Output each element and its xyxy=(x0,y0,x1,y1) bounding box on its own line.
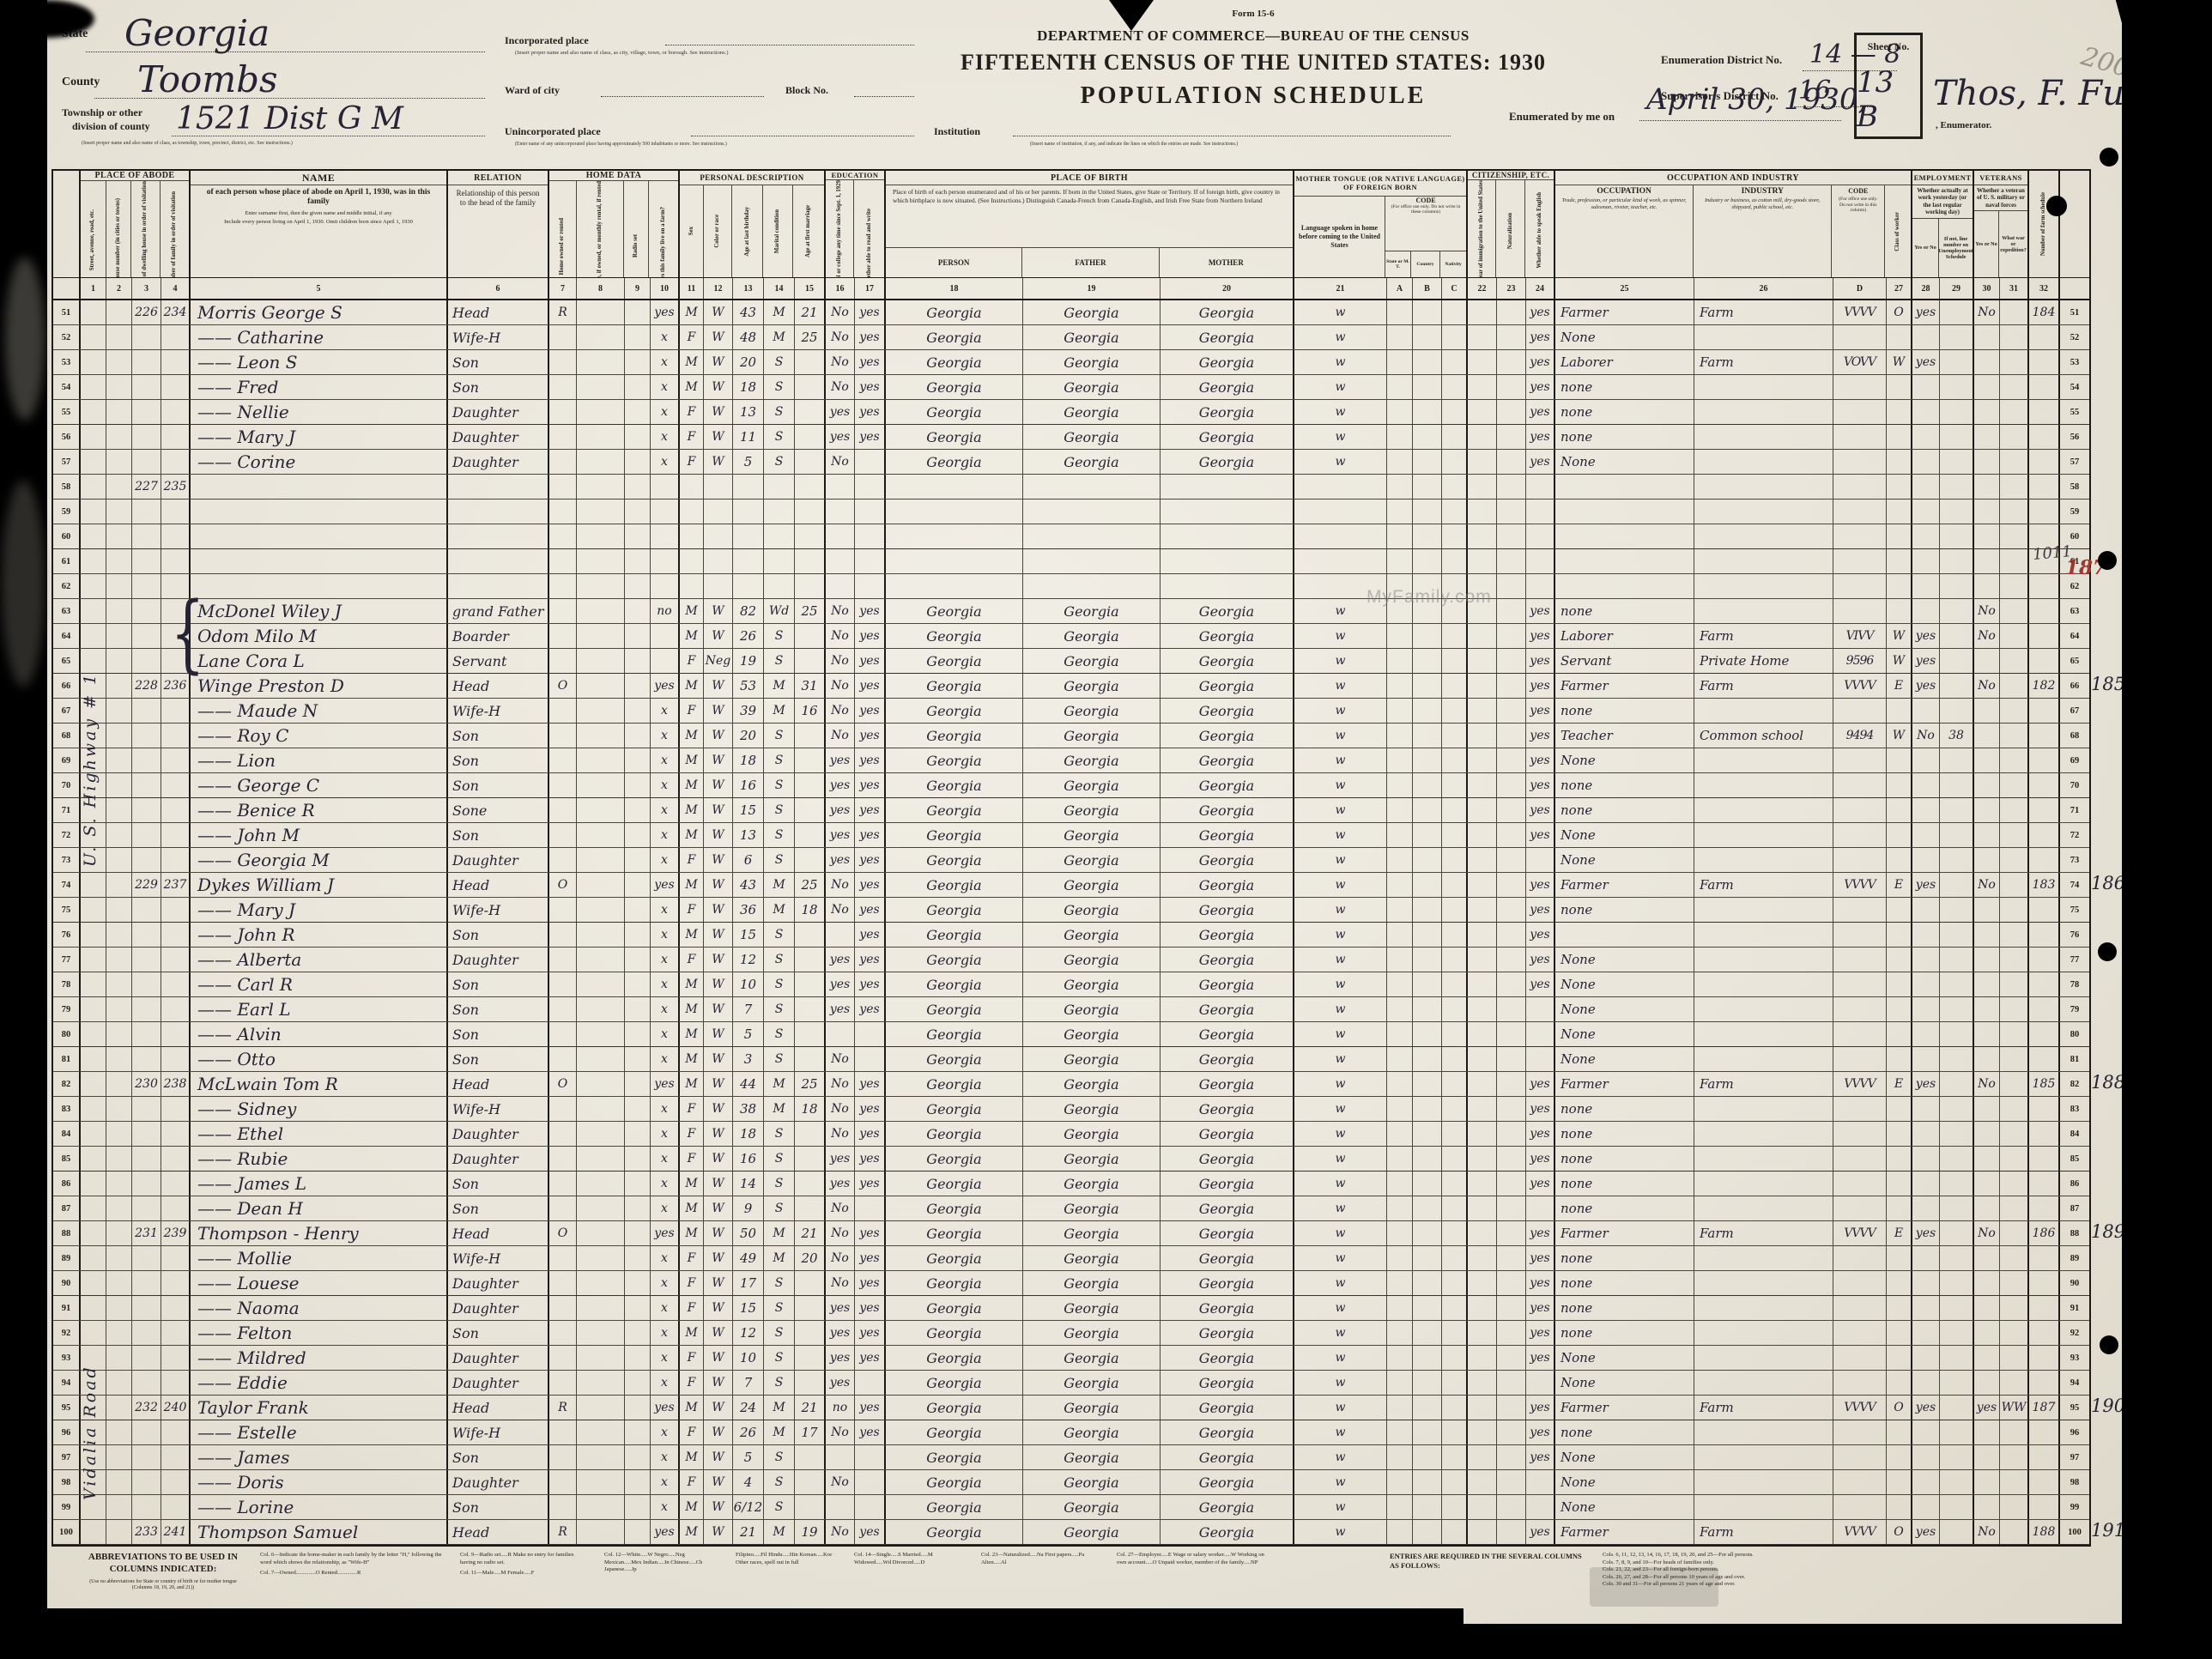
row-70-c21: w xyxy=(1294,773,1387,797)
row-52-c29 xyxy=(1940,325,1974,349)
row-82-c5: McLwain Tom R xyxy=(191,1072,448,1096)
row-71-cC xyxy=(1442,798,1468,822)
row-99-c19: Georgia xyxy=(1023,1495,1161,1519)
row-75-cD xyxy=(1833,898,1887,922)
row-62-c5 xyxy=(191,574,448,598)
row-68-lineL: 68 xyxy=(53,724,81,748)
row-57-c10: x xyxy=(651,450,680,474)
row-86-c32 xyxy=(2029,1172,2060,1196)
row-71-c10: x xyxy=(651,798,680,822)
census-row-58: 5822723558 xyxy=(53,475,2089,500)
row-85-c26 xyxy=(1694,1147,1833,1171)
row-70-c22 xyxy=(1468,773,1497,797)
row-82-c32: 185 xyxy=(2029,1072,2060,1096)
row-83-lineL: 83 xyxy=(53,1097,81,1121)
row-88-c28: yes xyxy=(1912,1221,1940,1245)
row-53-cA xyxy=(1387,350,1413,374)
row-69-c6: Son xyxy=(448,748,549,772)
row-79-c20: Georgia xyxy=(1161,997,1294,1021)
margin-number-100: 191 xyxy=(2091,1520,2125,1541)
row-77-c14: S xyxy=(764,948,795,972)
row-94-c20: Georgia xyxy=(1161,1371,1294,1395)
row-64-c32 xyxy=(2029,624,2060,648)
row-90-c19: Georgia xyxy=(1023,1271,1161,1295)
row-74-lineR: 74 xyxy=(2060,873,2089,897)
row-67-c25: none xyxy=(1555,699,1694,723)
row-92-c3 xyxy=(132,1321,161,1345)
row-77-c11: F xyxy=(680,948,704,972)
row-86-lineL: 86 xyxy=(53,1172,81,1196)
row-89-c30 xyxy=(1974,1246,2000,1270)
row-69-c19: Georgia xyxy=(1023,748,1161,772)
census-row-80: 80—— AlvinSonxMW5SGeorgiaGeorgiaGeorgiaw… xyxy=(53,1022,2089,1047)
row-57-c31 xyxy=(2000,450,2029,474)
row-83-c6: Wife-H xyxy=(448,1097,549,1121)
row-99-c13: 6/12 xyxy=(733,1495,764,1519)
row-55-cC xyxy=(1442,400,1468,424)
col-header-at-work: Yes or No xyxy=(1912,219,1939,277)
row-82-c3: 230 xyxy=(132,1072,161,1096)
row-89-c12: W xyxy=(704,1246,733,1270)
row-87-c21: w xyxy=(1294,1196,1387,1220)
county-value: Toombs xyxy=(137,58,278,100)
row-63-c20: Georgia xyxy=(1161,599,1294,623)
row-83-c16: No xyxy=(826,1097,855,1121)
row-59-c27 xyxy=(1887,500,1912,524)
row-66-c10: yes xyxy=(651,674,680,698)
row-95-c11: M xyxy=(680,1396,704,1420)
row-55-c23 xyxy=(1497,400,1526,424)
row-57-cD xyxy=(1833,450,1887,474)
row-99-c24 xyxy=(1526,1495,1555,1519)
row-79-c27 xyxy=(1887,997,1912,1021)
row-75-c3 xyxy=(132,898,161,922)
row-79-c32 xyxy=(2029,997,2060,1021)
row-82-c7: O xyxy=(549,1072,577,1096)
row-77-c5: —— Alberta xyxy=(191,948,448,972)
row-96-c20: Georgia xyxy=(1161,1420,1294,1444)
name-desc: of each person whose place of abode on A… xyxy=(197,188,439,208)
row-76-c16 xyxy=(826,923,855,947)
row-65-c14: S xyxy=(764,649,795,673)
occupation-desc: Trade, profession, or particular kind of… xyxy=(1555,196,1693,212)
row-54-c31 xyxy=(2000,375,2029,399)
row-64-c10 xyxy=(651,624,680,648)
row-57-c15 xyxy=(795,450,826,474)
row-71-lineL: 71 xyxy=(53,798,81,822)
row-86-c3 xyxy=(132,1172,161,1196)
row-87-c17 xyxy=(855,1196,886,1220)
row-83-c21: w xyxy=(1294,1097,1387,1121)
row-97-lineR: 97 xyxy=(2060,1445,2089,1469)
row-68-c25: Teacher xyxy=(1555,724,1694,748)
row-84-cA xyxy=(1387,1122,1413,1146)
row-66-c15: 31 xyxy=(795,674,826,698)
entries-title: ENTRIES ARE REQUIRED IN THE SEVERAL COLU… xyxy=(1390,1552,1587,1571)
row-63-c11: M xyxy=(680,599,704,623)
col-header-birthplace-father: FATHER xyxy=(1022,248,1159,277)
row-78-c28 xyxy=(1912,972,1940,996)
row-94-c19: Georgia xyxy=(1023,1371,1161,1395)
row-66-c8 xyxy=(577,674,625,698)
row-67-c13: 39 xyxy=(733,699,764,723)
row-62-c15 xyxy=(795,574,826,598)
row-69-c25: None xyxy=(1555,748,1694,772)
row-69-c21: w xyxy=(1294,748,1387,772)
row-85-c2 xyxy=(106,1147,132,1171)
row-90-c23 xyxy=(1497,1271,1526,1295)
group-title-citizenship: CITIZENSHIP, ETC. xyxy=(1468,171,1554,180)
row-78-c6: Son xyxy=(448,972,549,996)
abbrev-col7: Col. 7—Owned..............O Rented......… xyxy=(260,1570,445,1577)
census-row-51: 51226234Morris George SHeadRyesMW43M21No… xyxy=(53,300,2089,325)
row-99-c32 xyxy=(2029,1495,2060,1519)
row-57-c21: w xyxy=(1294,450,1387,474)
row-63-c14: Wd xyxy=(764,599,795,623)
row-82-c2 xyxy=(106,1072,132,1096)
census-row-87: 87—— Dean HSonxMW9SNoGeorgiaGeorgiaGeorg… xyxy=(53,1196,2089,1221)
row-81-c13: 3 xyxy=(733,1047,764,1071)
row-60-c22 xyxy=(1468,524,1497,548)
row-80-c20: Georgia xyxy=(1161,1022,1294,1046)
row-83-c31 xyxy=(2000,1097,2029,1121)
row-73-lineL: 73 xyxy=(53,848,81,872)
row-84-c24: yes xyxy=(1526,1122,1555,1146)
row-75-c5: —— Mary J xyxy=(191,898,448,922)
row-63-c8 xyxy=(577,599,625,623)
row-76-c12: W xyxy=(704,923,733,947)
row-71-c24: yes xyxy=(1526,798,1555,822)
occupation-title: OCCUPATION xyxy=(1555,185,1693,196)
row-75-c22 xyxy=(1468,898,1497,922)
row-69-c29 xyxy=(1940,748,1974,772)
row-78-c17: yes xyxy=(855,972,886,996)
row-82-c12: W xyxy=(704,1072,733,1096)
row-88-c32: 186 xyxy=(2029,1221,2060,1245)
row-93-c2 xyxy=(106,1346,132,1370)
row-71-c17: yes xyxy=(855,798,886,822)
row-75-c28 xyxy=(1912,898,1940,922)
row-96-c25: none xyxy=(1555,1420,1694,1444)
census-row-82: 82230238McLwain Tom RHeadOyesMW44M25Noye… xyxy=(53,1072,2089,1097)
row-80-c3 xyxy=(132,1022,161,1046)
row-78-c12: W xyxy=(704,972,733,996)
row-55-c27 xyxy=(1887,400,1912,424)
row-58-c31 xyxy=(2000,475,2029,499)
row-54-c13: 18 xyxy=(733,375,764,399)
row-64-c14: S xyxy=(764,624,795,648)
row-56-c8 xyxy=(577,425,625,449)
row-67-cA xyxy=(1387,699,1413,723)
row-64-c2 xyxy=(106,624,132,648)
row-85-lineL: 85 xyxy=(53,1147,81,1171)
row-72-c10: x xyxy=(651,823,680,847)
row-83-c22 xyxy=(1468,1097,1497,1121)
row-86-c10: x xyxy=(651,1172,680,1196)
row-69-c22 xyxy=(1468,748,1497,772)
row-84-c27 xyxy=(1887,1122,1912,1146)
row-90-c22 xyxy=(1468,1271,1497,1295)
row-53-c22 xyxy=(1468,350,1497,374)
row-72-c30 xyxy=(1974,823,2000,847)
row-57-c32 xyxy=(2029,450,2060,474)
row-78-c31 xyxy=(2000,972,2029,996)
institution-label: Institution xyxy=(934,125,980,138)
row-51-c12: W xyxy=(704,300,733,324)
row-51-c23 xyxy=(1497,300,1526,324)
row-71-c20: Georgia xyxy=(1161,798,1294,822)
row-69-c24: yes xyxy=(1526,748,1555,772)
row-66-c2 xyxy=(106,674,132,698)
row-58-c22 xyxy=(1468,475,1497,499)
col-header-attended-school: Attended school or college any time sinc… xyxy=(836,180,843,277)
row-62-c3 xyxy=(132,574,161,598)
row-77-c32 xyxy=(2029,948,2060,972)
row-79-cB xyxy=(1413,997,1442,1021)
row-75-c1 xyxy=(81,898,106,922)
row-87-c5: —— Dean H xyxy=(191,1196,448,1220)
row-68-cD: 9494 xyxy=(1833,724,1887,748)
row-76-c27 xyxy=(1887,923,1912,947)
row-65-c29 xyxy=(1940,649,1974,673)
row-98-c18: Georgia xyxy=(886,1470,1023,1494)
row-80-c27 xyxy=(1887,1022,1912,1046)
col-header-age-first-marriage: Age at first marriage xyxy=(805,205,812,257)
row-63-c2 xyxy=(106,599,132,623)
row-77-c24: yes xyxy=(1526,948,1555,972)
row-72-c29 xyxy=(1940,823,1974,847)
row-76-c24: yes xyxy=(1526,923,1555,947)
row-61-cC xyxy=(1442,549,1468,573)
row-83-c23 xyxy=(1497,1097,1526,1121)
row-67-c28 xyxy=(1912,699,1940,723)
row-63-c25: none xyxy=(1555,599,1694,623)
row-55-c29 xyxy=(1940,400,1974,424)
row-62-c27 xyxy=(1887,574,1912,598)
row-92-c16: yes xyxy=(826,1321,855,1345)
row-81-c22 xyxy=(1468,1047,1497,1071)
row-88-c26: Farm xyxy=(1694,1221,1833,1245)
row-87-c30 xyxy=(1974,1196,2000,1220)
row-100-c28: yes xyxy=(1912,1520,1940,1544)
row-79-c30 xyxy=(1974,997,2000,1021)
row-90-c6: Daughter xyxy=(448,1271,549,1295)
row-66-c28: yes xyxy=(1912,674,1940,698)
row-51-c29 xyxy=(1940,300,1974,324)
row-96-c31 xyxy=(2000,1420,2029,1444)
punch-hole-1 xyxy=(2046,196,2067,216)
row-90-c24: yes xyxy=(1526,1271,1555,1295)
block-label: Block No. xyxy=(785,84,828,97)
row-77-c2 xyxy=(106,948,132,972)
row-67-c18: Georgia xyxy=(886,699,1023,723)
row-84-c3 xyxy=(132,1122,161,1146)
group-name: NAME of each person whose place of abode… xyxy=(191,171,448,277)
row-53-c13: 20 xyxy=(733,350,764,374)
row-90-c25: none xyxy=(1555,1271,1694,1295)
row-51-c32: 184 xyxy=(2029,300,2060,324)
row-99-c30 xyxy=(1974,1495,2000,1519)
row-82-c24: yes xyxy=(1526,1072,1555,1096)
row-94-c31 xyxy=(2000,1371,2029,1395)
row-62-c16 xyxy=(826,574,855,598)
row-91-lineL: 91 xyxy=(53,1296,81,1320)
row-53-c29 xyxy=(1940,350,1974,374)
row-90-c8 xyxy=(577,1271,625,1295)
row-78-c24: yes xyxy=(1526,972,1555,996)
col-number-c20: 20 xyxy=(1161,278,1294,299)
row-73-c29 xyxy=(1940,848,1974,872)
row-57-c3 xyxy=(132,450,161,474)
row-71-c4 xyxy=(161,798,191,822)
row-83-c32 xyxy=(2029,1097,2060,1121)
row-73-c28 xyxy=(1912,848,1940,872)
row-99-c15 xyxy=(795,1495,826,1519)
row-90-c21: w xyxy=(1294,1271,1387,1295)
row-78-c21: w xyxy=(1294,972,1387,996)
row-66-c21: w xyxy=(1294,674,1387,698)
row-85-c11: F xyxy=(680,1147,704,1171)
row-61-c7 xyxy=(549,549,577,573)
row-52-cC xyxy=(1442,325,1468,349)
row-61-c24 xyxy=(1526,549,1555,573)
row-54-c7 xyxy=(549,375,577,399)
row-65-cA xyxy=(1387,649,1413,673)
row-86-cD xyxy=(1833,1172,1887,1196)
row-67-lineL: 67 xyxy=(53,699,81,723)
row-73-c27 xyxy=(1887,848,1912,872)
row-79-c29 xyxy=(1940,997,1974,1021)
row-67-c6: Wife-H xyxy=(448,699,549,723)
row-79-c23 xyxy=(1497,997,1526,1021)
row-91-c6: Daughter xyxy=(448,1296,549,1320)
row-65-c28: yes xyxy=(1912,649,1940,673)
row-98-c3 xyxy=(132,1470,161,1494)
row-66-c31 xyxy=(2000,674,2029,698)
row-60-c17 xyxy=(855,524,886,548)
row-74-c9 xyxy=(625,873,651,897)
row-61-c22 xyxy=(1468,549,1497,573)
row-62-c1 xyxy=(81,574,106,598)
row-72-c31 xyxy=(2000,823,2029,847)
row-58-c24 xyxy=(1526,475,1555,499)
group-education: EDUCATION Attended school or college any… xyxy=(826,171,886,277)
row-58-c6 xyxy=(448,475,549,499)
row-60-c1 xyxy=(81,524,106,548)
row-86-lineR: 86 xyxy=(2060,1172,2089,1196)
department-title: DEPARTMENT OF COMMERCE—BUREAU OF THE CEN… xyxy=(953,27,1554,45)
row-51-c13: 43 xyxy=(733,300,764,324)
row-84-c13: 18 xyxy=(733,1122,764,1146)
row-61-cA xyxy=(1387,549,1413,573)
row-59-c22 xyxy=(1468,500,1497,524)
row-66-c16: No xyxy=(826,674,855,698)
row-86-c30 xyxy=(1974,1172,2000,1196)
row-70-c6: Son xyxy=(448,773,549,797)
row-74-c6: Head xyxy=(448,873,549,897)
row-80-c26 xyxy=(1694,1022,1833,1046)
row-81-c19: Georgia xyxy=(1023,1047,1161,1071)
row-71-c13: 15 xyxy=(733,798,764,822)
row-60-c16 xyxy=(826,524,855,548)
margin-number-66: 185 xyxy=(2091,674,2125,694)
scanned-census-sheet: State Georgia County Toombs Township or … xyxy=(0,0,2212,1659)
row-66-c17: yes xyxy=(855,674,886,698)
row-64-c28: yes xyxy=(1912,624,1940,648)
row-81-c9 xyxy=(625,1047,651,1071)
row-54-c11: M xyxy=(680,375,704,399)
row-94-c21: w xyxy=(1294,1371,1387,1395)
line-col-header xyxy=(53,171,81,277)
row-95-cA xyxy=(1387,1396,1413,1420)
row-69-c23 xyxy=(1497,748,1526,772)
row-52-c8 xyxy=(577,325,625,349)
row-96-c8 xyxy=(577,1420,625,1444)
row-95-lineL: 95 xyxy=(53,1396,81,1420)
row-68-c18: Georgia xyxy=(886,724,1023,748)
row-54-c28 xyxy=(1912,375,1940,399)
row-97-c20: Georgia xyxy=(1161,1445,1294,1469)
row-87-c15 xyxy=(795,1196,826,1220)
row-71-c32 xyxy=(2029,798,2060,822)
row-82-c25: Farmer xyxy=(1555,1072,1694,1096)
row-81-c4 xyxy=(161,1047,191,1071)
row-75-c4 xyxy=(161,898,191,922)
row-64-c21: w xyxy=(1294,624,1387,648)
row-61-c4 xyxy=(161,549,191,573)
row-51-cC xyxy=(1442,300,1468,324)
row-95-c3: 232 xyxy=(132,1396,161,1420)
row-75-c12: W xyxy=(704,898,733,922)
row-88-c2 xyxy=(106,1221,132,1245)
row-82-c17: yes xyxy=(855,1072,886,1096)
row-80-c12: W xyxy=(704,1022,733,1046)
row-55-c11: F xyxy=(680,400,704,424)
punch-hole-5 xyxy=(2100,1335,2118,1354)
row-72-c25: None xyxy=(1555,823,1694,847)
row-87-cD xyxy=(1833,1196,1887,1220)
row-74-c1 xyxy=(81,873,106,897)
row-75-c27 xyxy=(1887,898,1912,922)
row-65-c13: 19 xyxy=(733,649,764,673)
row-70-c15 xyxy=(795,773,826,797)
col-header-veteran: Yes or No xyxy=(1974,211,1999,277)
row-84-cC xyxy=(1442,1122,1468,1146)
row-68-c23 xyxy=(1497,724,1526,748)
row-90-c17: yes xyxy=(855,1271,886,1295)
row-98-c13: 4 xyxy=(733,1470,764,1494)
row-98-c17 xyxy=(855,1470,886,1494)
row-87-c22 xyxy=(1468,1196,1497,1220)
row-53-c30 xyxy=(1974,350,2000,374)
row-82-c22 xyxy=(1468,1072,1497,1096)
row-53-lineR: 53 xyxy=(2060,350,2089,374)
row-64-c29 xyxy=(1940,624,1974,648)
row-63-c29 xyxy=(1940,599,1974,623)
row-68-c6: Son xyxy=(448,724,549,748)
row-95-c6: Head xyxy=(448,1396,549,1420)
row-68-c28: No xyxy=(1912,724,1940,748)
row-65-c12: Neg xyxy=(704,649,733,673)
row-85-c5: —— Rubie xyxy=(191,1147,448,1171)
row-77-c28 xyxy=(1912,948,1940,972)
row-53-c21: w xyxy=(1294,350,1387,374)
row-54-c5: —— Fred xyxy=(191,375,448,399)
row-56-lineL: 56 xyxy=(53,425,81,449)
row-76-c31 xyxy=(2000,923,2029,947)
row-86-c5: —— James L xyxy=(191,1172,448,1196)
row-76-c7 xyxy=(549,923,577,947)
